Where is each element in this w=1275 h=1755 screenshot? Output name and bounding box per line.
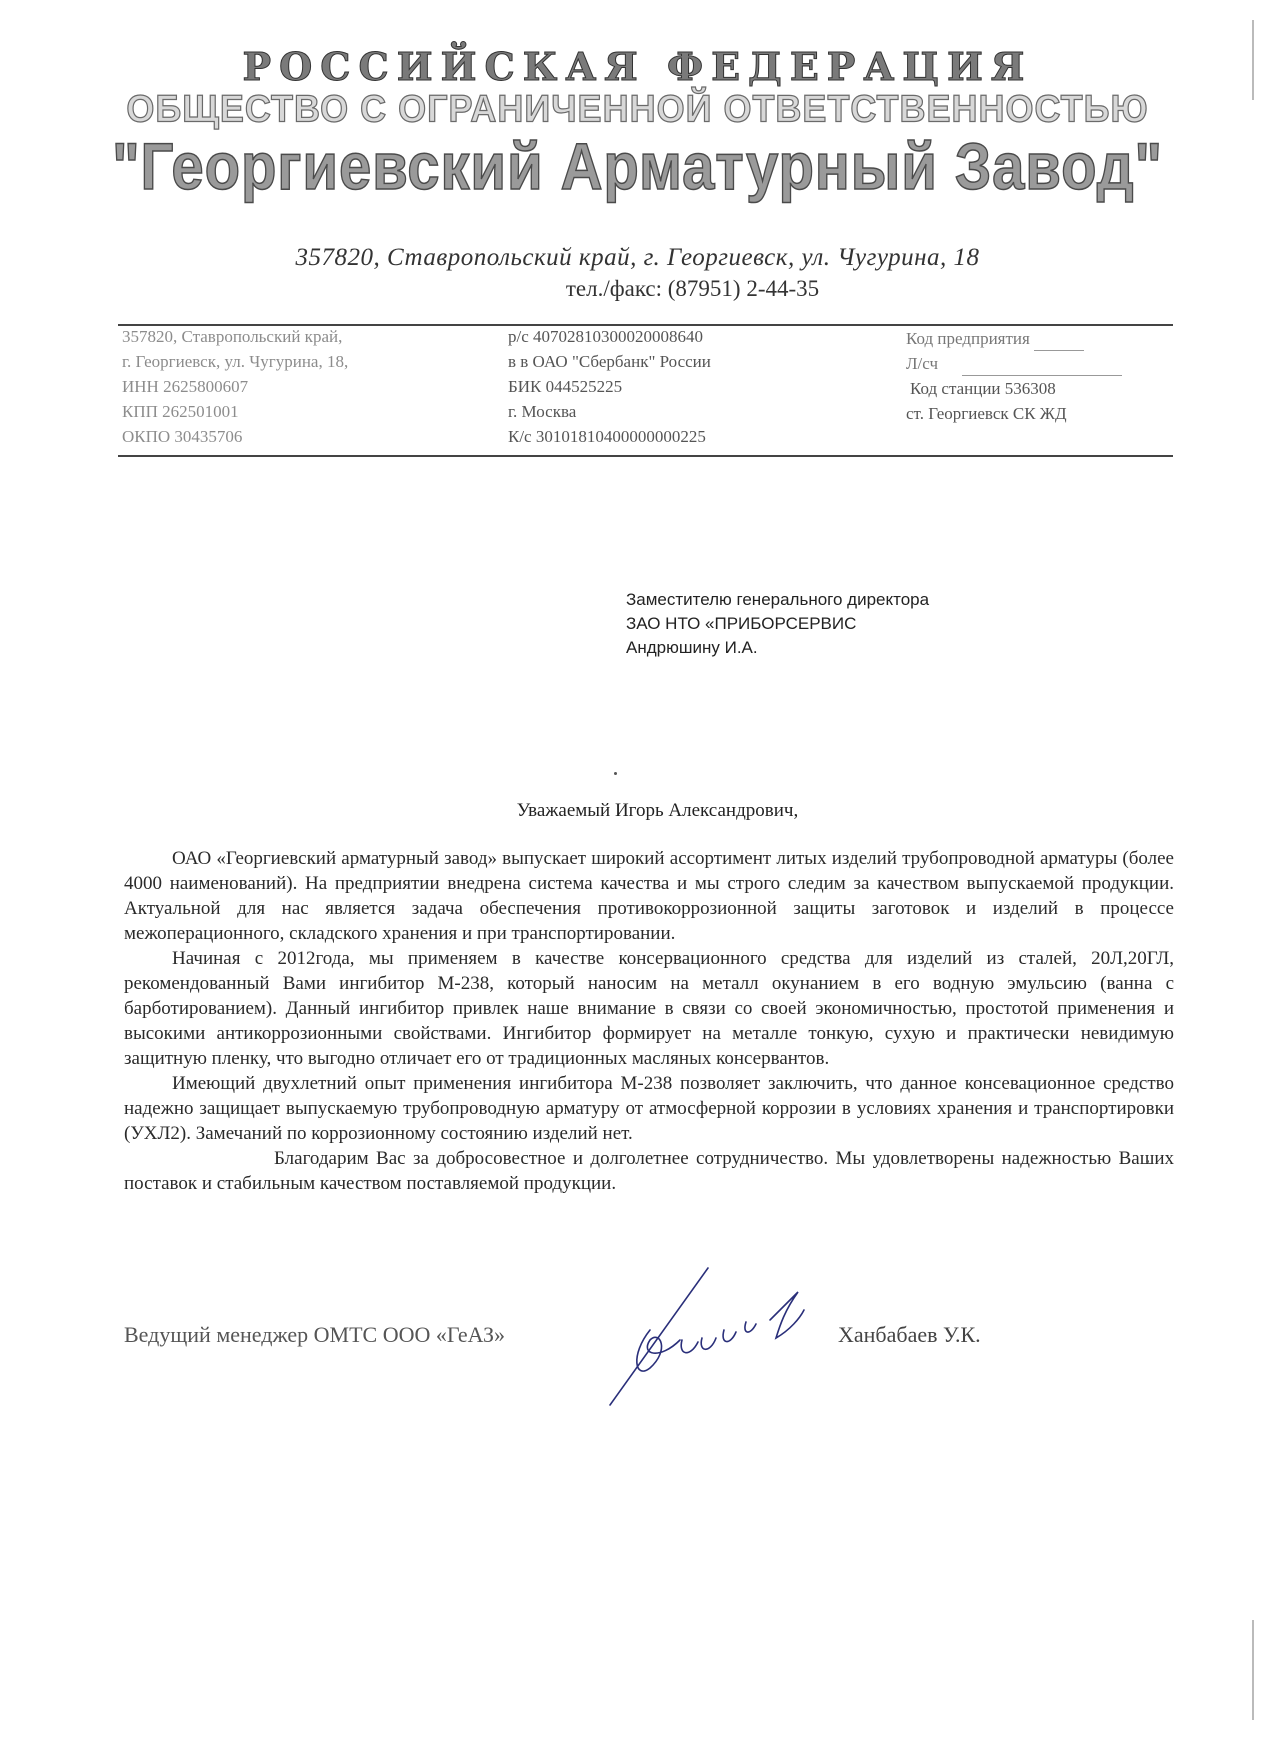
requisite-line: К/с 30101810400000000225 (508, 424, 711, 449)
requisite-line: ОКПО 30435706 (122, 424, 348, 449)
signer-position: Ведущий менеджер ОМТС ООО «ГеАЗ» (124, 1322, 505, 1348)
recipient-block: Заместителю генерального директора ЗАО Н… (626, 588, 929, 660)
requisite-line: БИК 044525225 (508, 374, 711, 399)
letter-paragraph: Имеющий двухлетний опыт применения ингиб… (124, 1071, 1174, 1146)
requisite-line: 357820, Ставропольский край, (122, 324, 348, 349)
account-label: Л/сч (906, 354, 938, 373)
letterhead-org-form: ОБЩЕСТВО С ОГРАНИЧЕННОЙ ОТВЕТСТВЕННОСТЬЮ (0, 87, 1275, 131)
handwritten-signature (590, 1260, 850, 1410)
letter-paragraph: ОАО «Георгиевский арматурный завод» выпу… (124, 846, 1174, 946)
requisite-line: ИНН 2625800607 (122, 374, 348, 399)
scan-edge-mark (1252, 1620, 1254, 1720)
requisite-line: в в ОАО "Сбербанк" России (508, 349, 711, 374)
signer-name: Ханбабаев У.К. (838, 1322, 981, 1348)
letterhead-address: 357820, Ставропольский край, г. Георгиев… (0, 244, 1275, 272)
letter-body: ОАО «Георгиевский арматурный завод» выпу… (124, 846, 1174, 1196)
letterhead-country: РОССИЙСКАЯ ФЕДЕРАЦИЯ (0, 44, 1275, 89)
requisite-line: КПП 262501001 (122, 399, 348, 424)
letterhead-company-name: "Георгиевский Арматурный Завод" (77, 128, 1199, 204)
requisites-middle-column: р/с 40702810300020008640 в в ОАО "Сберба… (508, 324, 711, 449)
recipient-position: Заместителю генерального директора (626, 588, 929, 612)
letter-greeting: Уважаемый Игорь Александрович, (0, 800, 1275, 822)
requisite-line: р/с 40702810300020008640 (508, 324, 711, 349)
requisite-line: ст. Георгиевск СК ЖД (906, 401, 1122, 426)
requisite-line: Код предприятия (906, 326, 1122, 351)
requisite-line: г. Георгиевск, ул. Чугурина, 18, (122, 349, 348, 374)
scan-speck (614, 772, 617, 775)
recipient-company: ЗАО НТО «ПРИБОРСЕРВИС (626, 612, 929, 636)
enterprise-code-label: Код предприятия (906, 329, 1030, 348)
requisites-bottom-rule (118, 455, 1173, 457)
requisite-line: Л/сч (906, 351, 1122, 376)
scan-speck (1146, 1160, 1149, 1163)
requisites-left-column: 357820, Ставропольский край, г. Георгиев… (122, 324, 348, 449)
letter-paragraph: Начиная с 2012года, мы применяем в качес… (124, 946, 1174, 1071)
scan-edge-mark (1252, 20, 1254, 100)
requisites-right-column: Код предприятия Л/сч Код станции 536308 … (906, 326, 1122, 426)
letter-paragraph: Благодарим Вас за добросовестное и долго… (124, 1146, 1174, 1196)
requisite-line: г. Москва (508, 399, 711, 424)
recipient-name: Андрюшину И.А. (626, 636, 929, 660)
requisite-line: Код станции 536308 (906, 376, 1122, 401)
letterhead-phone: тел./факс: (87951) 2-44-35 (0, 276, 1275, 302)
